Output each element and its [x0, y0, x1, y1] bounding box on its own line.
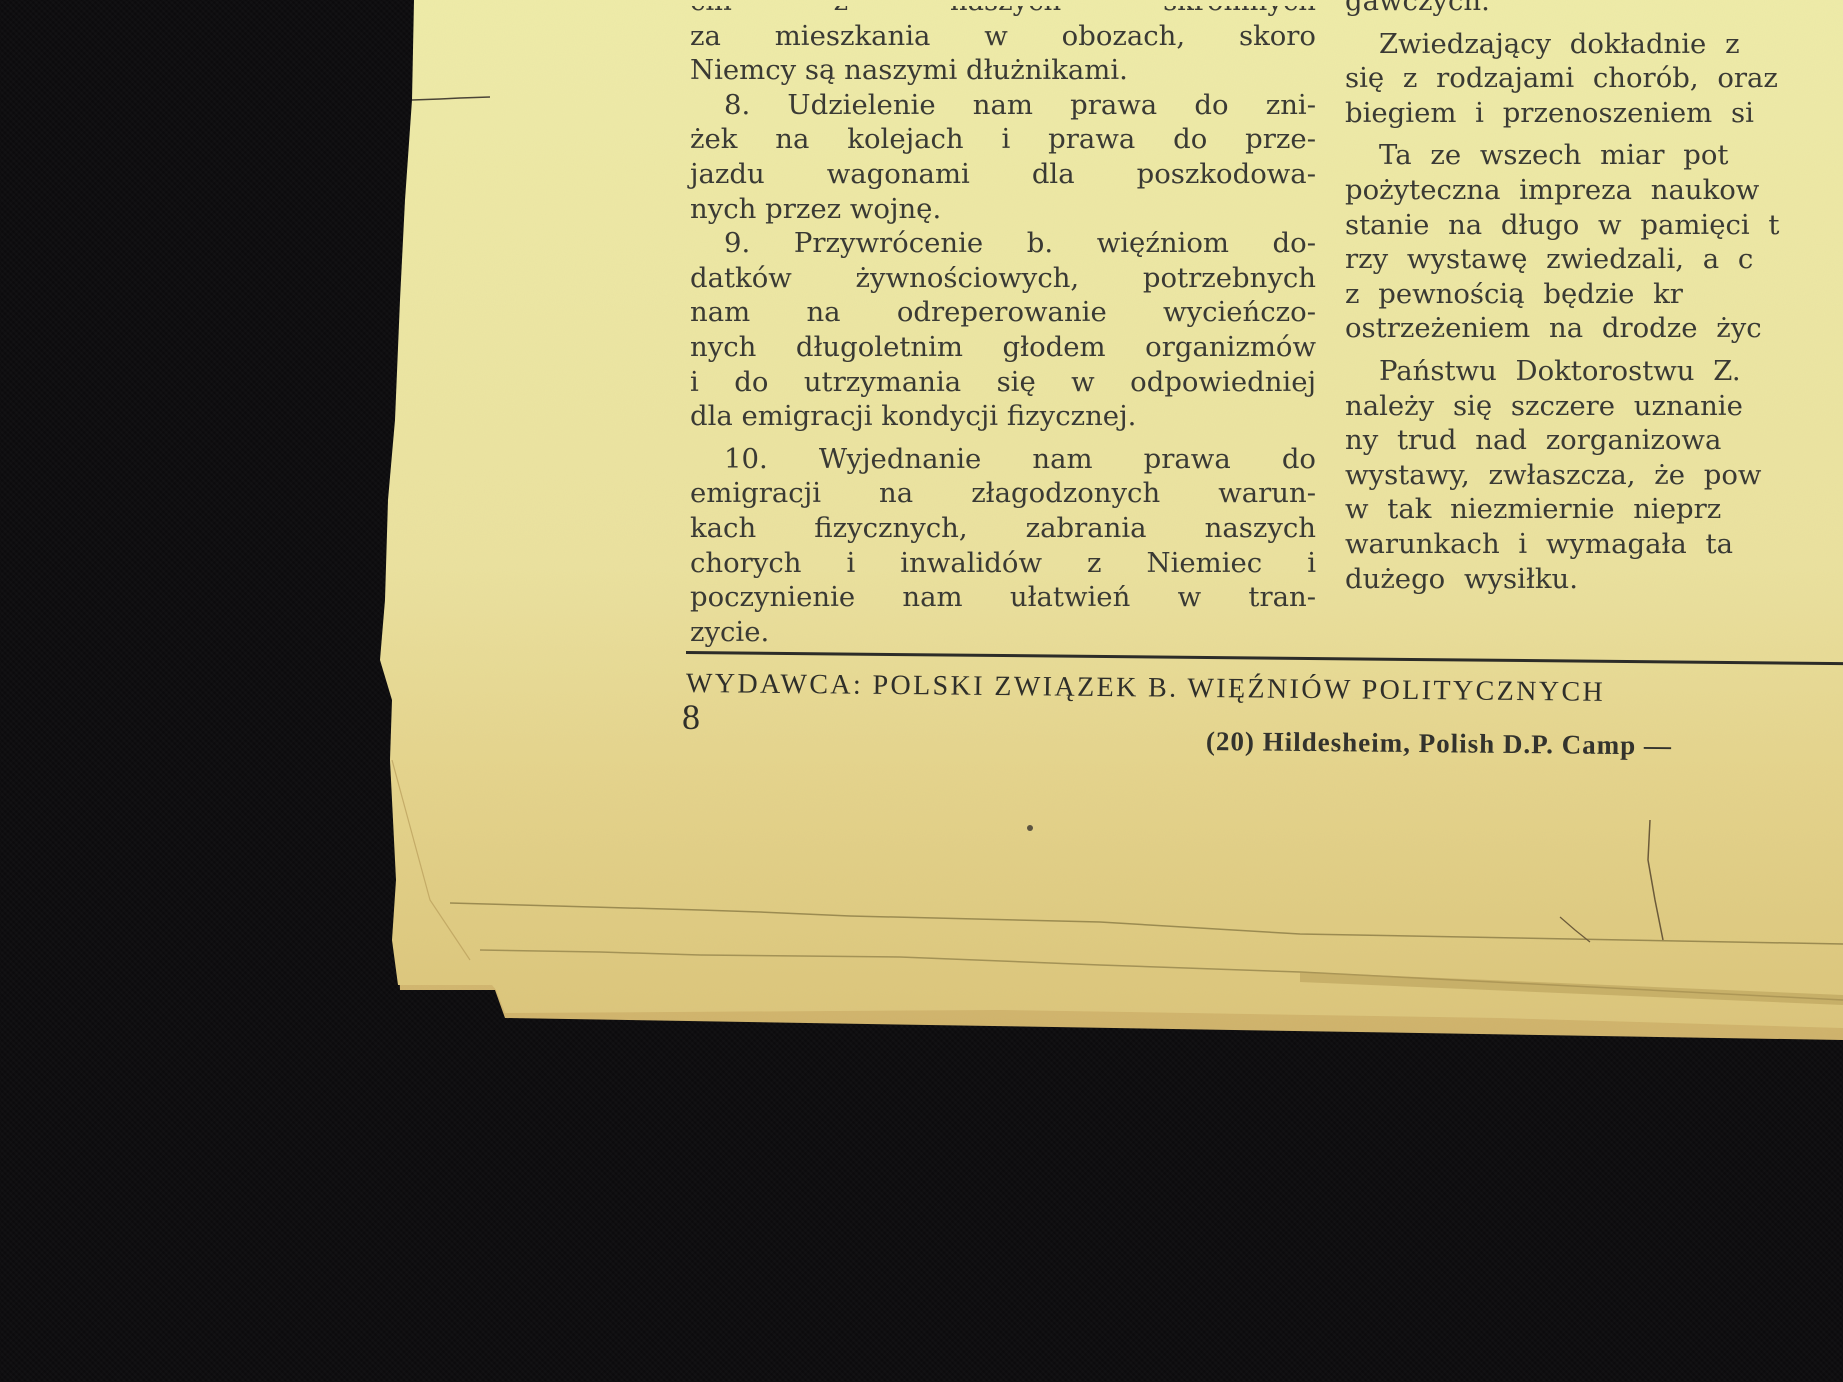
address-line: (20) Hildesheim, Polish D.P. Camp — — [1206, 726, 1672, 761]
text-line: się z rodzajami chorób, oraz — [1345, 61, 1843, 96]
text-line: cili z naszych skromnych — [690, 0, 1316, 19]
text-line: pożyteczna impreza naukow — [1345, 173, 1843, 208]
text-line: emigracji na złagodzonych warun- — [690, 476, 1316, 511]
text-line: 10. Wyjednanie nam prawa do — [690, 442, 1316, 477]
text-line: ostrzeżeniem na drodze życ — [1345, 311, 1843, 346]
text-line: jazdu wagonami dla poszkodowa- — [690, 157, 1316, 192]
paragraph-gap — [690, 434, 1316, 442]
text-line: 9. Przywrócenie b. więźniom do- — [690, 226, 1316, 261]
text-line: nam na odreperowanie wycieńczo- — [690, 295, 1316, 330]
photo-scene: cili z naszych skromnychza mieszkania w … — [0, 0, 1843, 1382]
text-line: z pewnością będzie kr — [1345, 277, 1843, 312]
paragraph-gap — [1345, 130, 1843, 138]
text-line: i do utrzymania się w odpowiedniej — [690, 365, 1316, 400]
text-line: nych przez wojnę. — [690, 192, 1316, 227]
text-line: gawczych. — [1345, 0, 1843, 19]
text-line: dużego wysiłku. — [1345, 562, 1843, 597]
text-line: stanie na długo w pamięci t — [1345, 208, 1843, 243]
text-line: chorych i inwalidów z Niemiec i — [690, 546, 1316, 581]
text-line: w tak niezmiernie nieprz — [1345, 492, 1843, 527]
text-line: biegiem i przenoszeniem si — [1345, 96, 1843, 131]
text-line: dla emigracji kondycji fizycznej. — [690, 399, 1316, 434]
text-line: żek na kolejach i prawa do prze- — [690, 122, 1316, 157]
text-line: Zwiedzający dokładnie z — [1345, 27, 1843, 62]
text-line: nych długoletnim głodem organizmów — [690, 330, 1316, 365]
text-line: Niemcy są naszymi dłużnikami. — [690, 53, 1316, 88]
text-line: należy się szczere uznanie — [1345, 389, 1843, 424]
text-line: rzy wystawę zwiedzali, a c — [1345, 242, 1843, 277]
text-line: za mieszkania w obozach, skoro — [690, 19, 1316, 54]
paragraph-gap — [1345, 19, 1843, 27]
paragraph-gap — [1345, 346, 1843, 354]
text-line: 8. Udzielenie nam prawa do zni- — [690, 88, 1316, 123]
text-line: wystawy, zwłaszcza, że pow — [1345, 458, 1843, 493]
text-line: warunkach i wymagała ta — [1345, 527, 1843, 562]
text-line: ny trud nad zorganizowa — [1345, 423, 1843, 458]
text-line: zycie. — [690, 615, 1316, 650]
text-line: Ta ze wszech miar pot — [1345, 138, 1843, 173]
ink-speck — [1027, 825, 1033, 831]
text-line: Państwu Doktorostwu Z. — [1345, 354, 1843, 389]
text-line: kach fizycznych, zabrania naszych — [690, 511, 1316, 546]
text-line: poczynienie nam ułatwień w tran- — [690, 580, 1316, 615]
text-column-right: gawczych.Zwiedzający dokładnie zsię z ro… — [1345, 0, 1843, 596]
text-line: datków żywnościowych, potrzebnych — [690, 261, 1316, 296]
page-number: 8 — [682, 696, 700, 738]
text-column-left: cili z naszych skromnychza mieszkania w … — [690, 0, 1316, 649]
